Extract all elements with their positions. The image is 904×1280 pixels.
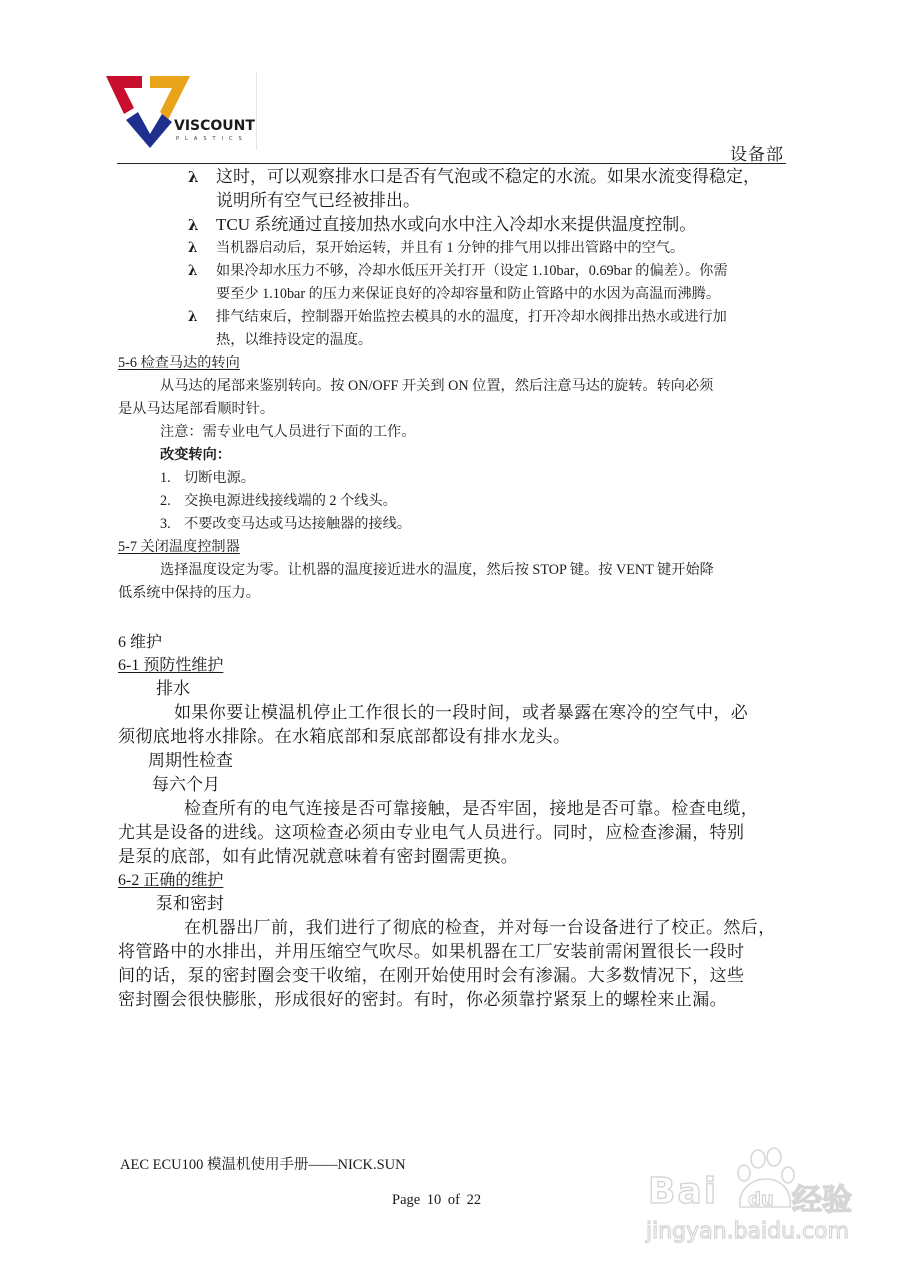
paragraph-line: 间的话，泵的密封圈会变干收缩，在刚开始使用时会有渗漏。大多数情况下，这些	[118, 964, 786, 988]
document-body: λ 这时，可以观察排水口是否有气泡或不稳定的水流。如果水流变得稳定， 说明所有空…	[118, 163, 786, 1012]
bullet-line: 排气结束后，控制器开始监控去模具的水的温度，打开冷却水阀排出热水或进行加	[216, 306, 786, 329]
change-direction-label: 改变转向：	[118, 444, 786, 467]
paragraph: 从马达的尾部来鉴别转向。按 ON/OFF 开关到 ON 位置，然后注意马达的旋转…	[118, 375, 786, 398]
bullet-item: λ 这时，可以观察排水口是否有气泡或不稳定的水流。如果水流变得稳定， 说明所有空…	[118, 165, 786, 213]
bullet-line: 这时，可以观察排水口是否有气泡或不稳定的水流。如果水流变得稳定，	[216, 165, 786, 189]
bullet-line: 热，以维持设定的温度。	[216, 329, 786, 352]
drain-label: 排水	[118, 677, 786, 701]
footer-document-title: AEC ECU100 模温机使用手册——NICK.SUN	[120, 1153, 406, 1174]
bullet-item: λ TCU 系统通过直接加热水或向水中注入冷却水来提供温度控制。	[118, 213, 786, 237]
periodic-check-label: 周期性检查	[118, 749, 786, 773]
paragraph-line: 将管路中的水排出，并用压缩空气吹尽。如果机器在工厂安装前需闲置很长一段时	[118, 940, 786, 964]
section-heading-5-6: 5-6 检查马达的转向	[118, 352, 240, 375]
chapter-6: 6 维护 6-1 预防性维护 排水 如果你要让模温机停止工作很长的一段时间，或者…	[118, 631, 786, 1012]
watermark-brand-cn: 经验	[792, 1175, 852, 1219]
baidu-jingyan-watermark: du Bai 经验 jingyan.baidu.com	[640, 1145, 870, 1255]
svg-text:du: du	[748, 1189, 774, 1210]
lambda-bullet-icon: λ	[188, 165, 199, 189]
logo-sub-text: PLASTICS	[176, 136, 248, 142]
section-heading-6-2: 6-2 正确的维护	[118, 869, 223, 892]
bullet-item: λ 当机器启动后，泵开始运转，并且有 1 分钟的排气用以排出管路中的空气。	[118, 237, 786, 260]
bullet-line: 当机器启动后，泵开始运转，并且有 1 分钟的排气用以排出管路中的空气。	[216, 237, 786, 260]
bullet-line: 如果冷却水压力不够，冷却水低压开关打开（设定 1.10bar，0.69bar 的…	[216, 260, 786, 283]
step-item: 1.切断电源。	[118, 467, 786, 490]
paragraph-line: 是从马达尾部看顺时针。	[118, 398, 786, 421]
bullet-line: TCU 系统通过直接加热水或向水中注入冷却水来提供温度控制。	[216, 213, 786, 237]
paragraph-line: 在机器出厂前，我们进行了彻底的检查，并对每一台设备进行了校正。然后，	[118, 916, 786, 940]
paragraph-line: 尤其是设备的进线。这项检查必须由专业电气人员进行。同时，应检查渗漏，特别	[118, 821, 786, 845]
paragraph-line: 如果你要让模温机停止工作很长的一段时间，或者暴露在寒冷的空气中，必	[118, 701, 786, 725]
bullet-line: 说明所有空气已经被排出。	[216, 189, 786, 213]
paragraph-line: 检查所有的电气连接是否可靠接触，是否牢固，接地是否可靠。检查电缆，	[118, 797, 786, 821]
section-heading-6-1: 6-1 预防性维护	[118, 654, 223, 677]
section-heading-5-7: 5-7 关闭温度控制器	[118, 536, 240, 559]
lambda-bullet-icon: λ	[188, 260, 197, 283]
pump-seal-label: 泵和密封	[118, 892, 786, 916]
page-number: Page 10 of 22	[392, 1192, 481, 1209]
paragraph-line: 是泵的底部，如有此情况就意味着有密封圈需更换。	[118, 845, 786, 869]
chapter-heading-6: 6 维护	[118, 631, 786, 654]
section-5-7: 5-7 关闭温度控制器 选择温度设定为零。让机器的温度接近进水的温度，然后按 S…	[118, 536, 786, 605]
paragraph-line: 须彻底地将水排除。在水箱底部和泵底部都设有排水龙头。	[118, 725, 786, 749]
paragraph-line: 从马达的尾部来鉴别转向。按 ON/OFF 开关到 ON 位置，然后注意马达的旋转…	[160, 378, 713, 394]
logo-brand-text: VISCOUNT	[174, 118, 255, 134]
bullet-item: λ 排气结束后，控制器开始监控去模具的水的温度，打开冷却水阀排出热水或进行加 热…	[118, 306, 786, 352]
lambda-bullet-icon: λ	[188, 237, 197, 260]
watermark-brand: Bai	[648, 1171, 718, 1212]
step-text: 不要改变马达或马达接触器的接线。	[184, 516, 411, 532]
viscount-logo-icon: VISCOUNT PLASTICS	[104, 72, 260, 148]
step-text: 切断电源。	[184, 470, 255, 486]
logo-divider	[256, 72, 257, 150]
bullet-item: λ 如果冷却水压力不够，冷却水低压开关打开（设定 1.10bar，0.69bar…	[118, 260, 786, 306]
viscount-logo: VISCOUNT PLASTICS	[104, 72, 260, 148]
six-months-label: 每六个月	[118, 773, 786, 797]
lambda-bullet-icon: λ	[188, 306, 197, 329]
section-5-6: 5-6 检查马达的转向 从马达的尾部来鉴别转向。按 ON/OFF 开关到 ON …	[118, 352, 786, 536]
step-number: 2.	[160, 490, 184, 513]
paragraph-line: 选择温度设定为零。让机器的温度接近进水的温度，然后按 STOP 键。按 VENT…	[118, 559, 786, 582]
bullet-line: 要至少 1.10bar 的压力来保证良好的冷却容量和防止管路中的水因为高温而沸腾…	[216, 283, 786, 306]
spacer	[118, 605, 786, 631]
note-text: 注意：需专业电气人员进行下面的工作。	[118, 421, 786, 444]
paragraph-line: 低系统中保持的压力。	[118, 582, 786, 605]
step-item: 3.不要改变马达或马达接触器的接线。	[118, 513, 786, 536]
document-page: VISCOUNT PLASTICS 设备部 λ 这时，可以观察排水口是否有气泡或…	[0, 0, 904, 1280]
lambda-bullet-icon: λ	[188, 213, 199, 237]
step-number: 1.	[160, 467, 184, 490]
step-text: 交换电源进线接线端的 2 个线头。	[184, 493, 397, 509]
paragraph-line: 密封圈会很快膨胀，形成很好的密封。有时，你必须靠拧紧泵上的螺栓来止漏。	[118, 988, 786, 1012]
watermark-url: jingyan.baidu.com	[646, 1219, 849, 1244]
department-label: 设备部	[730, 140, 784, 165]
step-item: 2.交换电源进线接线端的 2 个线头。	[118, 490, 786, 513]
step-number: 3.	[160, 513, 184, 536]
